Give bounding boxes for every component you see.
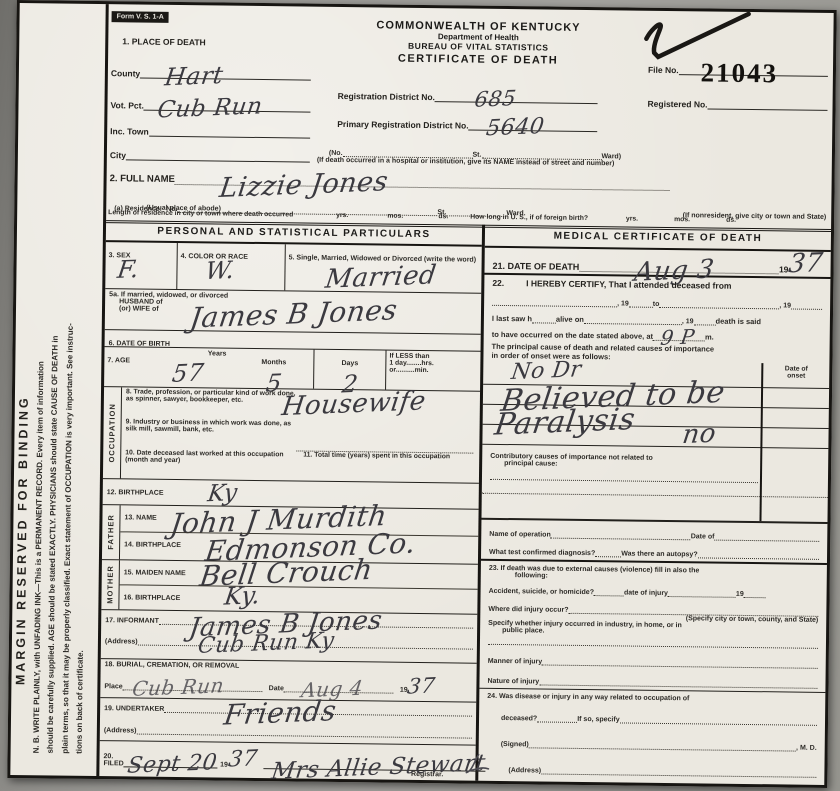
county-handwritten: Hart <box>164 66 225 88</box>
manner-injury-line <box>542 653 818 668</box>
city-label: City <box>110 150 126 160</box>
operation-date-of: Date of <box>691 533 715 540</box>
certificate-title: CERTIFICATE OF DEATH <box>328 52 628 68</box>
industry-label: 9. Industry or business in which work wa… <box>126 419 296 435</box>
reg-district-label: Registration District No. <box>338 91 435 102</box>
md-address-label: (Address) <box>508 767 541 774</box>
filed-date-line: Sept 20 <box>124 755 218 768</box>
father-birthplace-label: 14. BIRTHPLACE <box>124 542 181 550</box>
signed-label: (Signed) <box>501 741 529 748</box>
margin-note: N. B. WRITE PLAINLY, with UNFADING INK—T… <box>29 9 96 770</box>
primary-district-handwritten: 5640 <box>485 118 545 138</box>
accident-line <box>594 584 624 596</box>
undertaker-line: Friends <box>164 701 472 717</box>
vot-pct-line: Cub Run <box>144 99 311 113</box>
occurred-at-label: to have occurred on the date stated abov… <box>492 330 653 341</box>
length-ds: ds. <box>403 213 448 221</box>
age-years-label: Years <box>208 350 227 357</box>
burial-place-line: Cub Run <box>123 679 263 693</box>
occurred-time-handwritten: 9 P <box>660 328 696 345</box>
cause-handwritten-1: No Dr <box>510 361 582 382</box>
occupation-side-label-cell: OCCUPATION <box>103 387 122 478</box>
father-name-label: 13. NAME <box>124 515 156 522</box>
operation-label: Name of operation <box>489 531 551 539</box>
mother-maiden-handwritten: Bell Crouch <box>198 558 374 587</box>
age-years-handwritten: 57 <box>171 363 205 384</box>
form-header: Form V. S. 1-A 1. PLACE OF DEATH County … <box>106 4 834 232</box>
undertaker-handwritten: Friends <box>223 700 338 727</box>
if-so-label: If so, specify <box>577 716 619 724</box>
accident-label: Accident, suicide, or homicide? <box>489 588 594 596</box>
certificate-form: Form V. S. 1-A 1. PLACE OF DEATH County … <box>99 4 833 785</box>
death-certificate-document: MARGIN RESERVED FOR BINDING N. B. WRITE … <box>7 0 836 788</box>
reg-district-handwritten: 685 <box>474 90 518 109</box>
binding-margin: MARGIN RESERVED FOR BINDING N. B. WRITE … <box>10 3 108 776</box>
burial-year-handwritten: 37 <box>407 677 437 695</box>
lastsaw-year-line <box>694 313 716 325</box>
cause-handwritten-4: no <box>681 424 717 446</box>
primary-district-label: Primary Registration District No. <box>337 119 468 131</box>
last-saw-label: I last saw h <box>492 314 532 323</box>
occupation-side-label: OCCUPATION <box>107 403 117 462</box>
mother-side-label-cell: MOTHER <box>101 560 120 610</box>
form-number-stamp: Form V. S. 1-A <box>112 11 169 23</box>
date-of-death-label: 21. DATE OF DEATH <box>493 261 580 272</box>
place-of-death-heading: 1. PLACE OF DEATH <box>122 36 206 47</box>
manner-injury-label: Manner of injury <box>488 658 543 666</box>
md-address-line <box>541 762 816 777</box>
age-label: 7. AGE <box>107 357 130 364</box>
inc-town-label: Inc. Town <box>110 126 149 136</box>
inc-town-line <box>149 125 311 139</box>
mother-side-label: MOTHER <box>105 565 114 604</box>
mother-maiden-label: 15. MAIDEN NAME <box>124 569 186 577</box>
nature-injury-line <box>539 673 817 688</box>
m-label: m. <box>705 332 714 341</box>
certify-comma19-a: , 19 <box>617 300 629 307</box>
date-injury-label: date of injury <box>624 589 668 597</box>
date-of-onset-box: Date of onset <box>759 363 829 522</box>
operation-line <box>551 527 691 541</box>
cause-handwritten-3: Paralysis <box>493 408 637 438</box>
city-line <box>126 148 310 162</box>
stray-pen-mark <box>464 751 494 777</box>
file-no-stamp: 21043 <box>700 57 778 88</box>
filed-date-handwritten: Sept 20 <box>127 754 219 775</box>
informant-address-label: (Address) <box>105 638 138 645</box>
informant-address-handwritten: Cub Run Ky <box>196 632 335 655</box>
deceased-line <box>537 710 577 722</box>
nature-injury-label: Nature of injury <box>487 678 539 686</box>
age-months-label: Months <box>261 359 286 366</box>
autopsy-line <box>698 546 820 559</box>
last-saw-blank <box>532 311 556 323</box>
certify-from-line <box>492 294 617 308</box>
mother-birthplace-handwritten: Ky. <box>223 586 261 607</box>
registrar-signature: Mrs Allie Stewart <box>270 754 486 781</box>
onset-label-2: onset <box>763 372 829 380</box>
test-label: What test confirmed diagnosis? <box>489 549 595 557</box>
related-occupation-label: 24. Was disease or injury in any way rel… <box>487 693 817 704</box>
undertaker-address-label: (Address) <box>104 727 137 734</box>
marital-handwritten: Married <box>324 266 438 291</box>
howlong-ds: ds. <box>690 216 736 224</box>
where-injury-label: Where did injury occur? <box>488 606 568 614</box>
personal-particulars-section: PERSONAL AND STATISTICAL PARTICULARS 3. … <box>99 220 485 781</box>
reg-district-line: 685 <box>435 90 598 104</box>
color-race-handwritten: W. <box>204 261 236 281</box>
medical-certificate-section: MEDICAL CERTIFICATE OF DEATH 21. DATE OF… <box>478 225 831 785</box>
certify-to-line <box>659 296 779 309</box>
total-time-label: 11. Total time (years) spent in this occ… <box>295 451 475 482</box>
occurred-time-line: 9 P <box>653 329 705 342</box>
certify-text: I HEREBY CERTIFY, That I attended deceas… <box>526 278 731 291</box>
filed-label: 20. FILED <box>103 753 123 767</box>
filed-year-handwritten: 37 <box>227 751 258 770</box>
file-no-label: File No. <box>648 65 679 75</box>
burial-place-handwritten: Cub Run <box>132 678 226 698</box>
md-label: , M. D. <box>796 745 817 752</box>
autopsy-label: Was there an autopsy? <box>621 550 697 558</box>
full-name-line: Lizzie Jones <box>175 173 670 191</box>
full-name-label: 2. FULL NAME <box>110 173 175 185</box>
length-residence-label: Length of residence in city or town wher… <box>108 209 293 218</box>
father-side-label-cell: FATHER <box>102 505 121 559</box>
deceased-label: deceased? <box>501 715 537 722</box>
county-label: County <box>111 68 140 78</box>
birthplace-handwritten: Ky <box>207 484 239 504</box>
certify-year-a-line <box>629 296 653 308</box>
length-mos: mos. <box>348 212 403 220</box>
injury-year-line <box>744 586 766 598</box>
howlong-mos: mos. <box>638 216 690 224</box>
vot-pct-handwritten: Cub Run <box>157 97 264 120</box>
burial-place-label: Place <box>104 684 122 691</box>
sex-handwritten: F. <box>116 260 140 280</box>
father-side-label: FATHER <box>106 514 115 550</box>
certify-year-b-line <box>791 298 822 310</box>
trade-label: 8. Trade, profession, or particular kind… <box>126 388 296 404</box>
registered-no-line <box>707 97 827 110</box>
burial-label: 18. BURIAL, CREMATION, OR REMOVAL <box>105 661 473 672</box>
alive-on-line <box>584 312 682 325</box>
primary-district-line: 5640 <box>469 119 598 133</box>
informant-label: 17. INFORMANT <box>105 617 159 625</box>
signed-line <box>529 736 797 751</box>
birthplace-label: 12. BIRTHPLACE <box>107 489 164 497</box>
date-of-death-line: Aug 3 <box>579 260 779 274</box>
or-min-label: or..........min. <box>389 366 477 374</box>
informant-line: James B Jones <box>159 613 473 629</box>
dod-year-handwritten: 37 <box>787 253 824 275</box>
age-days-label: Days <box>341 360 358 367</box>
vot-pct-label: Vot. Pct. <box>110 100 143 110</box>
certify-number: 22. <box>492 278 504 288</box>
spouse-handwritten: James B Jones <box>189 299 399 330</box>
registrar-line: Mrs Allie Stewart <box>263 757 485 772</box>
how-long-label: How long in U. S., if of foreign birth? <box>470 214 588 222</box>
if-so-line <box>620 711 818 725</box>
burial-date-line: Aug 4 <box>284 681 394 694</box>
operation-date-line <box>714 529 819 542</box>
registered-no-label: Registered No. <box>648 99 708 110</box>
file-no-line: 21043 <box>679 63 828 77</box>
trade-handwritten: Housewife <box>281 391 428 418</box>
injury-year-pre: 19 <box>736 591 744 598</box>
county-line: Hart <box>140 67 311 81</box>
burial-date-label: Date <box>269 686 284 693</box>
test-line <box>595 545 621 557</box>
howlong-yrs: yrs. <box>588 215 638 223</box>
last-worked-label: 10. Date deceased last worked at this oc… <box>125 449 295 479</box>
date-injury-line <box>668 585 736 598</box>
mother-birthplace-label: 16. BIRTHPLACE <box>123 594 180 602</box>
undertaker-label: 19. UNDERTAKER <box>104 705 164 713</box>
death-said-label: death is said <box>716 317 762 327</box>
alive-on-label: alive on <box>556 315 584 324</box>
length-yrs: yrs. <box>293 211 348 219</box>
certify-comma19-b: , 19 <box>779 302 791 309</box>
